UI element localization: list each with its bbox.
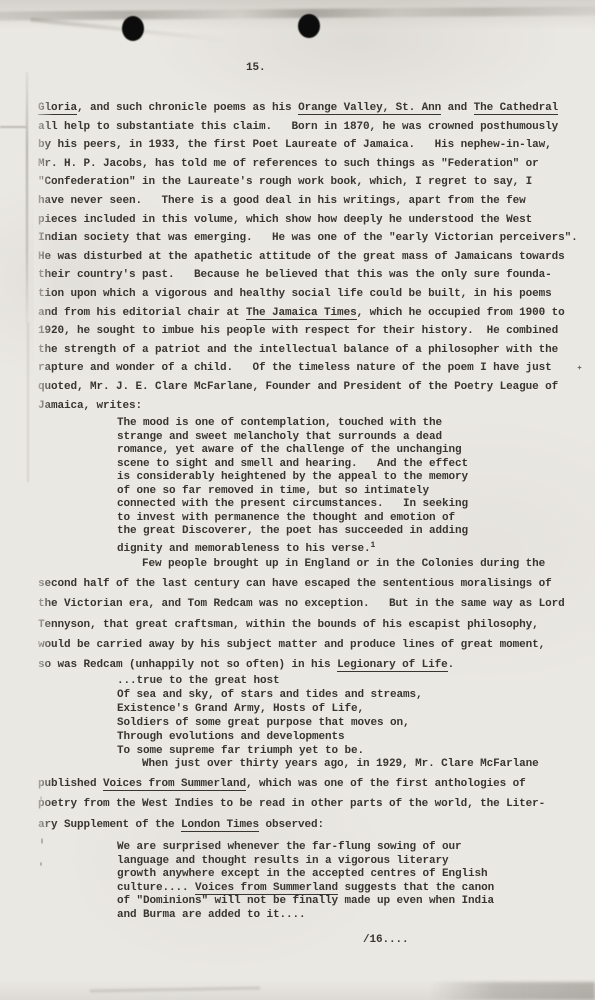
- text-segment: poetry from the West Indies to be read i…: [38, 798, 545, 810]
- text-segment: Jamaica, writes:: [38, 400, 142, 412]
- text-segment: 1920, he sought to imbue his people with…: [38, 325, 558, 337]
- text-segment: growth anywhere except in the accepted c…: [117, 868, 488, 880]
- text-line: is considerably heightened by the appeal…: [117, 471, 468, 485]
- text-segment: Tennyson, that great craftsman, within t…: [38, 619, 539, 631]
- text-line: Through evolutions and developments: [117, 731, 423, 745]
- text-segment: tion upon which a vigorous and healthy s…: [38, 288, 552, 300]
- footnote-reference: 1: [371, 541, 376, 550]
- blockquote: We are surprised whenever the far-flung …: [117, 841, 494, 923]
- text-line: connected with the present circumstances…: [117, 498, 468, 512]
- text-line: Soldiers of some great purpose that move…: [117, 717, 423, 731]
- text-line: The mood is one of contemplation, touche…: [117, 417, 468, 431]
- text-segment: of "Dominions" will not be finally made …: [117, 895, 494, 907]
- underlined-title: The Jamaica Times: [246, 307, 357, 320]
- text-segment: We are surprised whenever the far-flung …: [117, 841, 462, 853]
- text-segment: , which he occupied from 1900 to: [357, 307, 565, 319]
- text-segment: language and thought results in a vigoro…: [117, 855, 449, 867]
- ink-speck: [577, 365, 582, 370]
- text-line: Indian society that was emerging. He was…: [38, 229, 578, 248]
- ink-speck: [40, 862, 42, 866]
- underlined-title: Gloria: [38, 102, 77, 115]
- text-line: so was Redcam (unhappily not so often) i…: [38, 655, 565, 675]
- paper-crease: [27, 322, 29, 482]
- text-line: language and thought results in a vigoro…: [117, 855, 494, 869]
- text-segment: romance, yet aware of the challenge of t…: [117, 444, 462, 456]
- text-line: of "Dominions" will not be finally made …: [117, 895, 494, 909]
- text-segment: so was Redcam (unhappily not so often) i…: [38, 659, 337, 671]
- text-segment: and Burma are added to it....: [117, 909, 306, 921]
- text-line: published Voices from Summerland, which …: [38, 774, 545, 794]
- text-segment: the strength of a patriot and the intell…: [38, 344, 558, 356]
- text-segment: .: [448, 659, 455, 671]
- text-segment: of one so far removed in time, but so in…: [117, 485, 429, 497]
- text-segment: is considerably heightened by the appeal…: [117, 471, 468, 483]
- text-line: tion upon which a vigorous and healthy s…: [38, 285, 578, 304]
- text-segment: Through evolutions and developments: [117, 731, 345, 743]
- text-line: growth anywhere except in the accepted c…: [117, 868, 494, 882]
- text-segment: and from his editorial chair at: [38, 307, 246, 319]
- text-segment: "Confederation" in the Laureate's rough …: [38, 176, 532, 188]
- text-line: and from his editorial chair at The Jama…: [38, 304, 578, 323]
- text-segment: Indian society that was emerging. He was…: [38, 232, 578, 244]
- text-line: quoted, Mr. J. E. Clare McFarlane, Found…: [38, 378, 578, 397]
- text-line: strange and sweet melancholy that surrou…: [117, 431, 468, 445]
- text-segment: ...true to the great host: [117, 675, 280, 687]
- underlined-title: London Times: [181, 819, 259, 832]
- text-line: their country's past. Because he believe…: [38, 266, 578, 285]
- text-line: the strength of a patriot and the intell…: [38, 341, 578, 360]
- hole-punch: [122, 16, 144, 41]
- text-segment: Soldiers of some great purpose that move…: [117, 717, 410, 729]
- text-segment: connected with the present circumstances…: [117, 498, 468, 510]
- text-line: would be carried away by his subject mat…: [38, 635, 565, 655]
- text-line: Tennyson, that great craftsman, within t…: [38, 615, 565, 635]
- text-line: When just over thirty years ago, in 1929…: [38, 754, 545, 774]
- text-segment: , and such chronicle poems as his: [77, 102, 298, 114]
- text-line: He was disturbed at the apathetic attitu…: [38, 248, 578, 267]
- text-segment: published: [38, 778, 103, 790]
- underlined-title: Voices from Summerland: [195, 882, 338, 895]
- text-segment: strange and sweet melancholy that surrou…: [117, 431, 442, 443]
- hole-punch: [298, 14, 320, 38]
- text-line: ary Supplement of the London Times obser…: [38, 815, 545, 835]
- text-line: and Burma are added to it....: [117, 909, 494, 923]
- text-segment: would be carried away by his subject mat…: [38, 639, 545, 651]
- text-line: of one so far removed in time, but so in…: [117, 485, 468, 499]
- underlined-title: The Cathedral: [474, 102, 559, 115]
- text-segment: dignity and memorableness to his verse.: [117, 543, 371, 555]
- text-segment: second half of the last century can have…: [38, 578, 552, 590]
- text-line: 1920, he sought to imbue his people with…: [38, 322, 578, 341]
- text-line: scene to sight and smell and hearing. An…: [117, 458, 468, 472]
- text-segment: suggests that the canon: [338, 882, 494, 894]
- text-segment: all help to substantiate this claim. Bor…: [38, 121, 558, 133]
- text-line: second half of the last century can have…: [38, 574, 565, 594]
- scanned-document-page: 15. Gloria, and such chronicle poems as …: [0, 0, 595, 1000]
- text-line: Existence's Grand Army, Hosts of Life,: [117, 703, 423, 717]
- text-line: rapture and wonder of a child. Of the ti…: [38, 359, 578, 378]
- text-segment: have never seen. There is a good deal in…: [38, 195, 526, 207]
- scan-mark: [0, 126, 26, 128]
- paragraph: When just over thirty years ago, in 1929…: [38, 754, 545, 835]
- paragraph: Few people brought up in England or in t…: [38, 554, 565, 675]
- text-line: Jamaica, writes:: [38, 397, 578, 416]
- text-segment: Of sea and sky, of stars and tides and s…: [117, 689, 423, 701]
- underlined-title: Voices from Summerland: [103, 778, 246, 791]
- underlined-title: Legionary of Life: [337, 659, 448, 672]
- text-segment: ary Supplement of the: [38, 819, 181, 831]
- text-segment: When just over thirty years ago, in 1929…: [38, 758, 539, 770]
- text-line: ...true to the great host: [117, 675, 423, 689]
- text-segment: He was disturbed at the apathetic attitu…: [38, 251, 565, 263]
- paper-crease: [26, 72, 28, 322]
- scan-smudge: [0, 6, 595, 20]
- text-segment: Existence's Grand Army, Hosts of Life,: [117, 703, 364, 715]
- text-segment: scene to sight and smell and hearing. An…: [117, 458, 468, 470]
- text-segment: the Victorian era, and Tom Redcam was no…: [38, 598, 565, 610]
- blockquote: The mood is one of contemplation, touche…: [117, 417, 468, 556]
- text-line: Gloria, and such chronicle poems as his …: [38, 99, 578, 118]
- continuation-mark: /16....: [363, 934, 409, 947]
- paragraph: Gloria, and such chronicle poems as his …: [38, 99, 578, 415]
- text-segment: Few people brought up in England or in t…: [38, 558, 545, 570]
- text-segment: to invest with permanence the thought an…: [117, 512, 455, 524]
- text-segment: their country's past. Because he believe…: [38, 269, 552, 281]
- text-line: We are surprised whenever the far-flung …: [117, 841, 494, 855]
- page-number: 15.: [246, 62, 266, 75]
- poem: ...true to the great hostOf sea and sky,…: [117, 675, 423, 758]
- text-segment: observed:: [259, 819, 324, 831]
- text-line: pieces included in this volume, which sh…: [38, 211, 578, 230]
- text-line: culture.... Voices from Summerland sugge…: [117, 882, 494, 896]
- text-segment: and: [441, 102, 474, 114]
- text-line: romance, yet aware of the challenge of t…: [117, 444, 468, 458]
- text-segment: quoted, Mr. J. E. Clare McFarlane, Found…: [38, 381, 558, 393]
- text-line: Few people brought up in England or in t…: [38, 554, 565, 574]
- text-segment: culture....: [117, 882, 195, 894]
- text-line: the great Discoverer, the poet has succe…: [117, 525, 468, 539]
- text-segment: , which was one of the first anthologies…: [246, 778, 526, 790]
- underlined-title: Orange Valley, St. Ann: [298, 102, 441, 115]
- text-segment: pieces included in this volume, which sh…: [38, 214, 532, 226]
- text-segment: the great Discoverer, the poet has succe…: [117, 525, 468, 537]
- ink-speck: [41, 838, 43, 844]
- text-line: Mr. H. P. Jacobs, has told me of referen…: [38, 155, 578, 174]
- text-line: poetry from the West Indies to be read i…: [38, 794, 545, 814]
- text-segment: by his peers, in 1933, the first Poet La…: [38, 139, 552, 151]
- text-line: Of sea and sky, of stars and tides and s…: [117, 689, 423, 703]
- text-line: all help to substantiate this claim. Bor…: [38, 118, 578, 137]
- text-segment: rapture and wonder of a child. Of the ti…: [38, 362, 552, 374]
- text-line: the Victorian era, and Tom Redcam was no…: [38, 594, 565, 614]
- text-line: by his peers, in 1933, the first Poet La…: [38, 136, 578, 155]
- text-line: have never seen. There is a good deal in…: [38, 192, 578, 211]
- text-segment: The mood is one of contemplation, touche…: [117, 417, 442, 429]
- text-line: "Confederation" in the Laureate's rough …: [38, 173, 578, 192]
- scan-smudge: [90, 987, 260, 993]
- scan-smudge: [430, 982, 595, 1000]
- text-line: to invest with permanence the thought an…: [117, 512, 468, 526]
- text-segment: Mr. H. P. Jacobs, has told me of referen…: [38, 158, 539, 170]
